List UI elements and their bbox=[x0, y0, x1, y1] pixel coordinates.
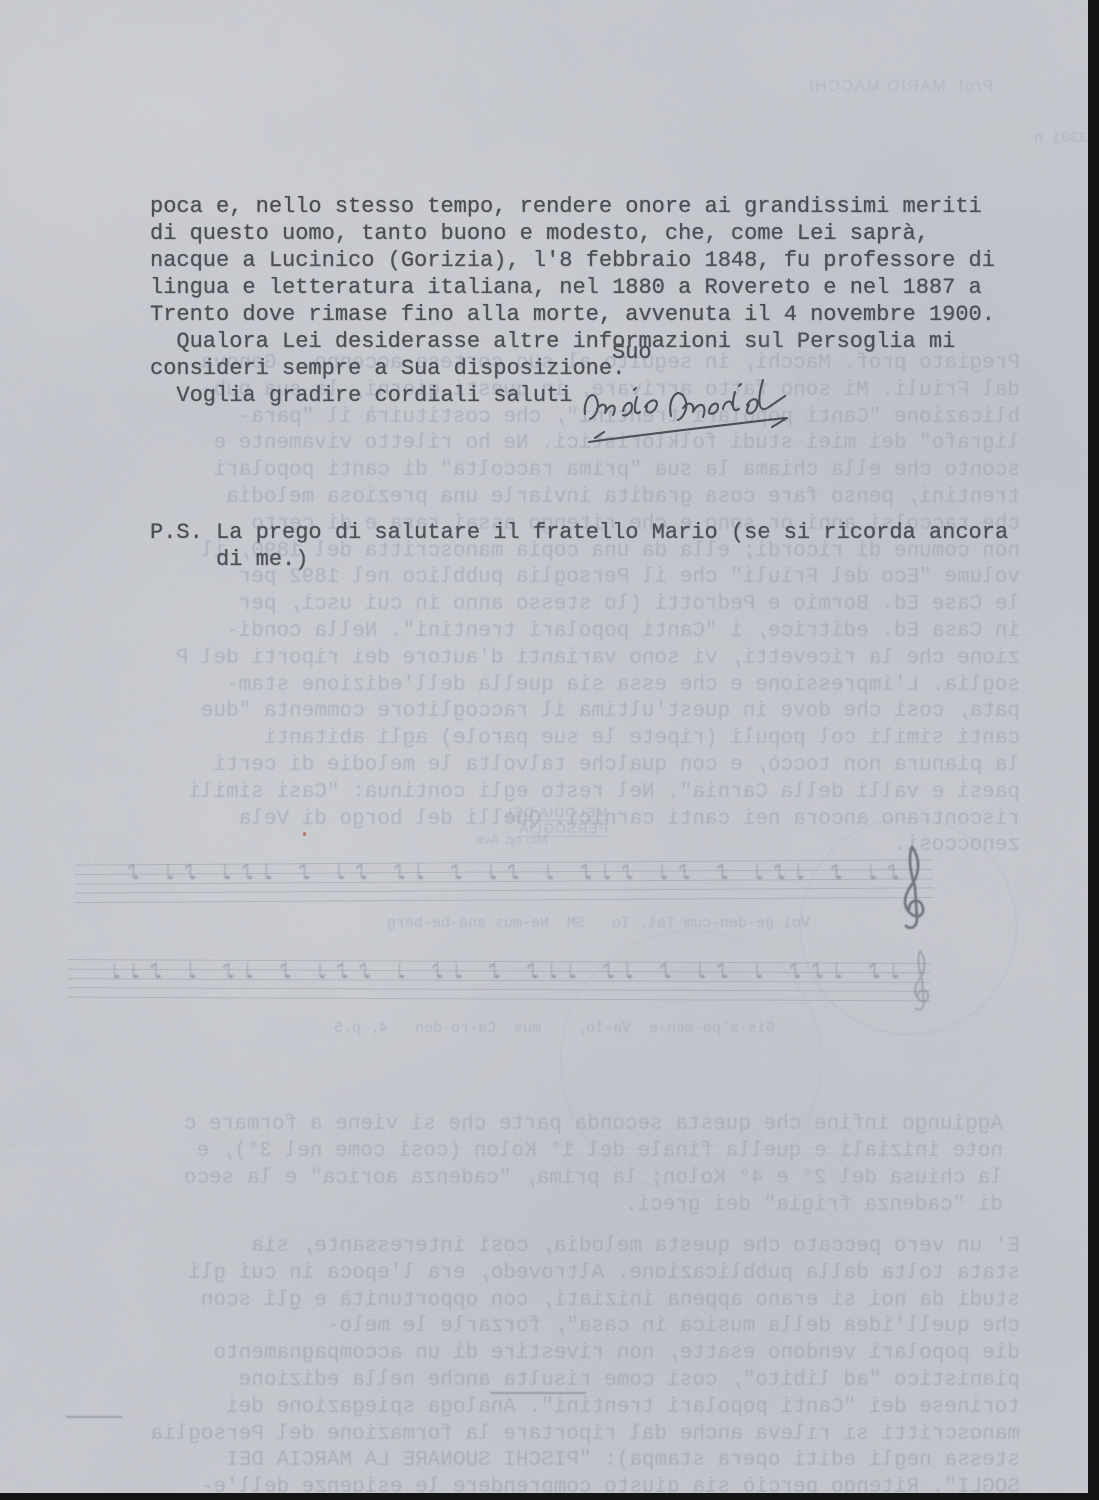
letter-line: lingua e letteratura italiana, nel 1880 … bbox=[150, 274, 1050, 301]
treble-clef-2-icon bbox=[905, 948, 935, 1012]
bleedthrough-line: la pianura non toccò, e con qualche talv… bbox=[112, 753, 1020, 780]
bleedthrough-underline-1 bbox=[490, 1392, 586, 1394]
music-staff-2-notes: ♩♪ ♩♪♪ ♩ ♪♩ ♪ ♩♪ ♩♩♪ ♪ ♩♪ ♩ ♪♪♩ ♪ ♩♪ ♩ ♪… bbox=[100, 959, 900, 1001]
treble-clef-icon bbox=[893, 843, 931, 931]
bleedthrough-line: stessa negli editi opera stampa): "PISCH… bbox=[70, 1448, 1020, 1475]
letter-line: poca e, nello stesso tempo, rendere onor… bbox=[150, 193, 1050, 220]
postscript-line: di me.) bbox=[150, 546, 1050, 573]
bleedthrough-line: pianistico "ad libito", così come risult… bbox=[70, 1368, 1020, 1395]
bleedthrough-caption-1: Voi ge-den-cum Tal. Io SM Ne-mus ana-be-… bbox=[290, 915, 810, 933]
bleedthrough-block-c: E' un vero peccato che questa melodia, c… bbox=[70, 1180, 1020, 1500]
bleedthrough-line: zione che la ricevetti, vi sono varianti… bbox=[112, 646, 1020, 673]
bleedthrough-underline-2 bbox=[66, 1416, 122, 1418]
bleedthrough-line: pata, così che dove in quest'ultima il r… bbox=[112, 699, 1020, 726]
fold-crease-horizontal-1 bbox=[0, 740, 1099, 742]
bleedthrough-line: E' un vero peccato che questa melodia, c… bbox=[70, 1234, 1020, 1261]
bleedthrough-letterhead: Prof. MARIO MACCHI bbox=[748, 78, 993, 96]
letter-page: Prof. MARIO MACCHI 3301 n Pregiato prof.… bbox=[0, 0, 1099, 1500]
red-ink-speck bbox=[303, 832, 306, 836]
bleedthrough-line: le Case Ed. Bormio e Pedrotti (lo stesso… bbox=[112, 592, 1020, 619]
postscript-line: P.S. La prego di salutare il fratello Ma… bbox=[150, 519, 1050, 546]
signature-handwriting bbox=[575, 362, 810, 448]
bleedthrough-line: stata tolta dalla pubblicazione. Altrove… bbox=[70, 1261, 1020, 1288]
bleedthrough-line: die popolari vendono esatte, non rivesti… bbox=[70, 1341, 1020, 1368]
fold-crease-horizontal-2 bbox=[0, 1151, 1099, 1153]
bleedthrough-line: studi da noi si erano appena iniziati, c… bbox=[70, 1288, 1020, 1315]
letter-line: Trento dove rimase fino alla morte, avve… bbox=[150, 301, 1050, 328]
postscript: P.S. La prego di salutare il fratello Ma… bbox=[150, 438, 1050, 573]
bleedthrough-line: che quell'idea della musica in casa", fo… bbox=[70, 1314, 1020, 1341]
bleedthrough-caption-2: Gis-s'po-men-e Va-lo, mus Ca-ro-den 4, p… bbox=[175, 1020, 775, 1038]
scan-edge-bottom bbox=[0, 1493, 1099, 1500]
letter-line: Qualora Lei desiderasse altre informazio… bbox=[150, 328, 1050, 355]
bleedthrough-line: manoscritti si rileva anche dal riportar… bbox=[70, 1422, 1020, 1449]
bleedthrough-line: Aggiungo infine che questa seconda parte… bbox=[95, 1111, 1003, 1138]
music-staff-1-notes: ♪♩ ♪ ♩♪♩ ♪ ♪♩ ♪♩♪ ♩ ♪♩ ♪ ♩♪ ♪♩ ♪ ♩♪♩ ♪♩ … bbox=[110, 860, 900, 902]
bleedthrough-line: soglia. L'impressione e che essa sia que… bbox=[112, 673, 1020, 700]
scan-edge-right bbox=[1088, 0, 1099, 1500]
bleedthrough-line: in Casa Ed. editrice, i "Canti popolari … bbox=[112, 619, 1020, 646]
letter-line: nacque a Lucinico (Gorizia), l'8 febbrai… bbox=[150, 247, 1050, 274]
bleedthrough-line: paesi e valli della Carnia". Nel resto e… bbox=[112, 780, 1020, 807]
bleedthrough-line: torinese dei "Canti popolari trentini". … bbox=[70, 1395, 1020, 1422]
fold-crease-vertical bbox=[766, 0, 768, 1500]
bleedthrough-song-subtitle: Mio op. Ave bbox=[428, 831, 548, 847]
letter-line: di questo uomo, tanto buono e modesto, c… bbox=[150, 220, 1050, 247]
